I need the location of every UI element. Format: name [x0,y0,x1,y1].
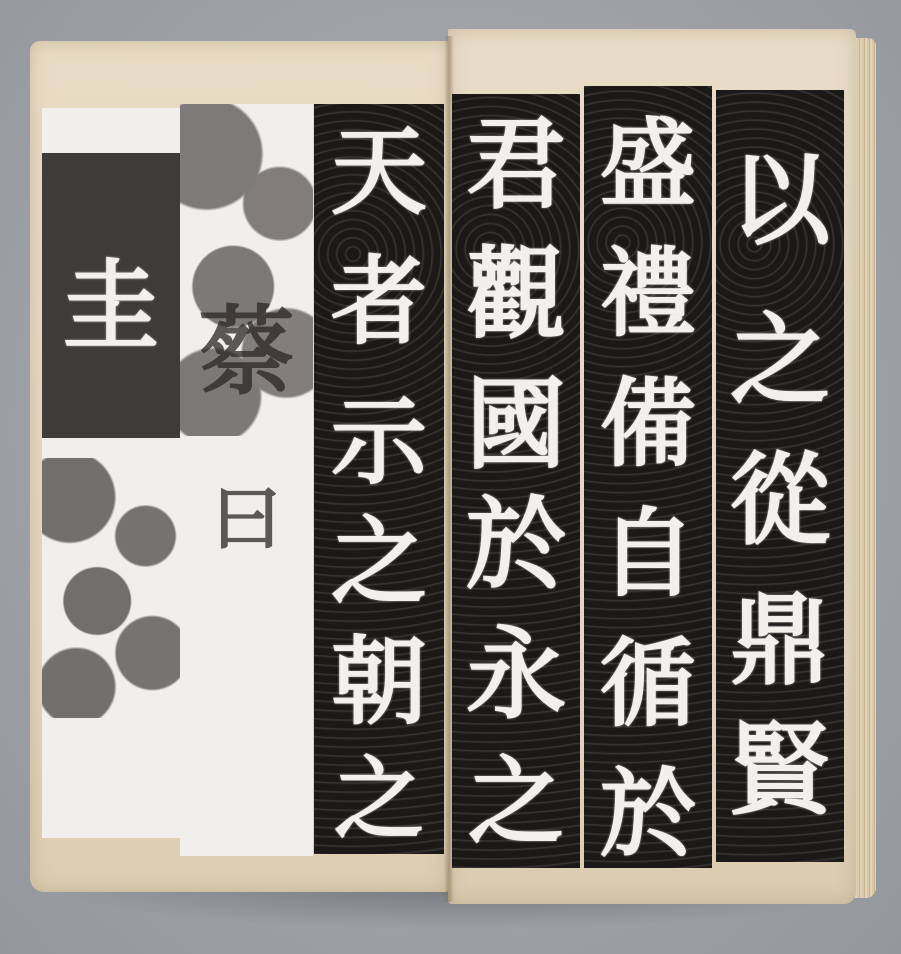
rubbing-strip-R3: 以 之 從 鼎 賢 [716,90,844,862]
glyph: 之 [452,754,580,850]
glyph: 禮 [584,246,712,342]
rubbing-strip-L3: 天 者 示 之 朝 之 [314,104,444,854]
glyph: 曰 [180,484,313,554]
glyph: 永 [452,624,580,724]
rubbing-strip-L2: 蔡 曰 [180,104,313,856]
glyph: 盛 [584,116,712,212]
rubbing-strip-L1: 圭 [42,108,180,838]
glyph: 示 [314,394,444,490]
glyph: 朝 [314,634,444,730]
glyph: 循 [584,636,712,732]
glyph: 之 [716,310,844,410]
glyph: 蔡 [180,304,313,400]
glyph: 備 [584,376,712,472]
glyph: 之 [314,514,444,610]
glyph: 國 [452,374,580,474]
glyph: 觀 [452,244,580,344]
glyph: 於 [584,766,712,862]
glyph: 以 [716,150,844,250]
rubbing-strip-R2: 盛 禮 備 自 循 於 [584,86,712,868]
glyph: 於 [452,494,580,594]
glyph: 君 [452,114,580,214]
glyph: 鼎 [716,590,844,690]
glyph: 之 [314,754,444,844]
glyph: 者 [314,254,444,350]
glyph: 天 [314,124,444,220]
glyph: 從 [716,450,844,550]
glyph: 自 [584,506,712,602]
glyph: 賢 [716,720,844,820]
glyph: 圭 [42,258,180,354]
rubbing-strip-R1: 君 觀 國 於 永 之 [452,94,580,868]
